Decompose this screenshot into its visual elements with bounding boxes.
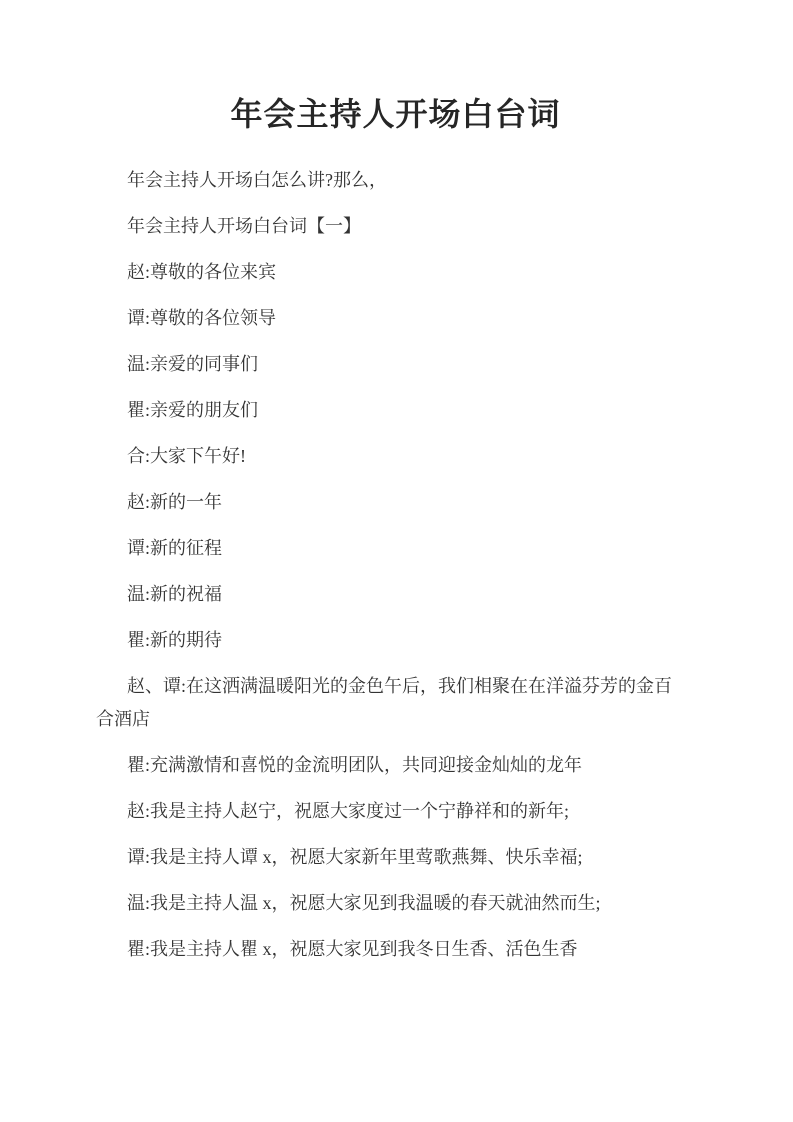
paragraph-line: 合:大家下午好! bbox=[96, 440, 695, 473]
paragraph-line: 谭:新的征程 bbox=[96, 532, 695, 565]
document-title: 年会主持人开场白台词 bbox=[96, 92, 695, 136]
paragraph: 温:新的祝福 bbox=[96, 578, 695, 611]
paragraph-line: 谭:我是主持人谭 x，祝愿大家新年里莺歌燕舞、快乐幸福; bbox=[96, 841, 695, 874]
paragraph: 谭:新的征程 bbox=[96, 532, 695, 565]
paragraph: 瞿:亲爱的朋友们 bbox=[96, 394, 695, 427]
paragraph-line: 谭:尊敬的各位领导 bbox=[96, 302, 695, 335]
paragraph-line: 瞿:充满激情和喜悦的金流明团队，共同迎接金灿灿的龙年 bbox=[96, 749, 695, 782]
paragraph: 年会主持人开场白台词【一】 bbox=[96, 210, 695, 243]
paragraph: 合:大家下午好! bbox=[96, 440, 695, 473]
paragraph-line: 瞿:亲爱的朋友们 bbox=[96, 394, 695, 427]
paragraph-line: 赵:尊敬的各位来宾 bbox=[96, 256, 695, 289]
paragraph-line: 赵:新的一年 bbox=[96, 486, 695, 519]
paragraph: 谭:我是主持人谭 x，祝愿大家新年里莺歌燕舞、快乐幸福; bbox=[96, 841, 695, 874]
paragraph-line: 温:我是主持人温 x，祝愿大家见到我温暖的春天就油然而生; bbox=[96, 887, 695, 920]
paragraph-line: 年会主持人开场白怎么讲?那么， bbox=[96, 164, 695, 197]
paragraph: 瞿:我是主持人瞿 x，祝愿大家见到我冬日生香、活色生香 bbox=[96, 933, 695, 966]
paragraph-line: 赵、谭:在这洒满温暖阳光的金色午后，我们相聚在在洋溢芬芳的金百 bbox=[96, 670, 695, 703]
paragraph-line: 瞿:我是主持人瞿 x，祝愿大家见到我冬日生香、活色生香 bbox=[96, 933, 695, 966]
paragraph: 温:我是主持人温 x，祝愿大家见到我温暖的春天就油然而生; bbox=[96, 887, 695, 920]
paragraph-line: 瞿:新的期待 bbox=[96, 624, 695, 657]
paragraph-line: 温:亲爱的同事们 bbox=[96, 348, 695, 381]
paragraph: 瞿:充满激情和喜悦的金流明团队，共同迎接金灿灿的龙年 bbox=[96, 749, 695, 782]
paragraph: 赵:我是主持人赵宁，祝愿大家度过一个宁静祥和的新年; bbox=[96, 795, 695, 828]
paragraph: 温:亲爱的同事们 bbox=[96, 348, 695, 381]
paragraph: 赵:新的一年 bbox=[96, 486, 695, 519]
paragraph-line: 年会主持人开场白台词【一】 bbox=[96, 210, 695, 243]
paragraph: 赵:尊敬的各位来宾 bbox=[96, 256, 695, 289]
paragraph-line: 温:新的祝福 bbox=[96, 578, 695, 611]
document-page: 年会主持人开场白台词 年会主持人开场白怎么讲?那么， 年会主持人开场白台词【一】… bbox=[0, 0, 793, 1122]
paragraph: 赵、谭:在这洒满温暖阳光的金色午后，我们相聚在在洋溢芬芳的金百 合酒店 bbox=[96, 670, 695, 736]
paragraph: 年会主持人开场白怎么讲?那么， bbox=[96, 164, 695, 197]
paragraph: 谭:尊敬的各位领导 bbox=[96, 302, 695, 335]
paragraph: 瞿:新的期待 bbox=[96, 624, 695, 657]
document-body: 年会主持人开场白怎么讲?那么， 年会主持人开场白台词【一】 赵:尊敬的各位来宾 … bbox=[96, 164, 695, 966]
paragraph-line: 赵:我是主持人赵宁，祝愿大家度过一个宁静祥和的新年; bbox=[96, 795, 695, 828]
paragraph-line: 合酒店 bbox=[96, 703, 695, 736]
